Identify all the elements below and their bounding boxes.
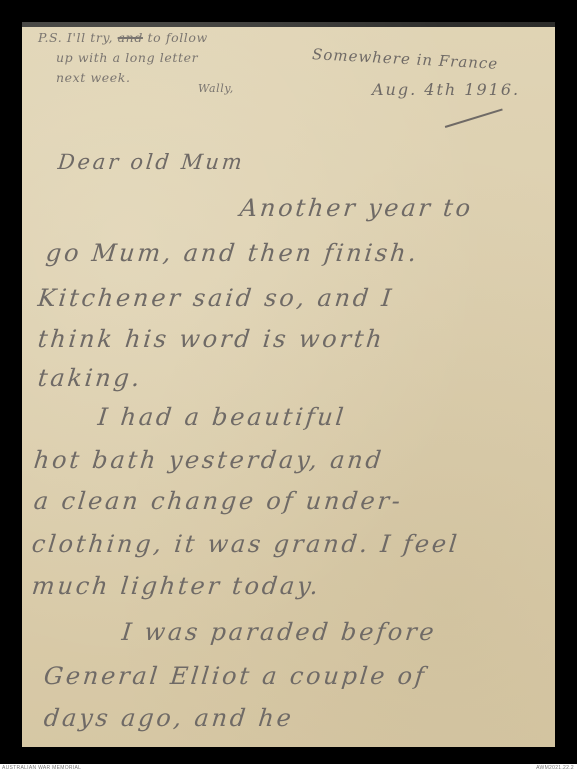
letter-line: General Elliot a couple of	[43, 662, 429, 690]
letter-page: P.S. I'll try, and to follow up with a l…	[22, 22, 555, 747]
footer-catalog-id: AWM2021.22.2	[536, 764, 574, 773]
postscript-line-3: next week.	[56, 70, 131, 85]
footer-institution: AUSTRALIAN WAR MEMORIAL	[2, 764, 81, 773]
letter-line: think his word is worth	[37, 325, 386, 353]
struck-word: and	[118, 30, 143, 45]
postscript-text: P.S. I'll try,	[38, 30, 113, 45]
postscript-signature: Wally,	[198, 82, 234, 95]
date-underline	[445, 108, 503, 127]
letter-line: clothing, it was grand. I feel	[31, 530, 461, 558]
letter-location: Somewhere in France	[312, 45, 499, 73]
letter-line: taking.	[37, 364, 144, 392]
letter-line: I had a beautiful	[97, 403, 348, 431]
letter-line: a clean change of under-	[33, 487, 405, 515]
letter-line: Kitchener said so, and I	[37, 284, 396, 312]
archive-footer: AUSTRALIAN WAR MEMORIAL AWM2021.22.2	[0, 764, 577, 773]
letter-line: hot bath yesterday, and	[33, 446, 386, 474]
letter-date: Aug. 4th 1916.	[372, 80, 520, 99]
letter-line: days ago, and he	[43, 704, 296, 732]
letter-line: much lighter today.	[31, 572, 323, 600]
postscript-line-1: P.S. I'll try, and to follow	[38, 30, 208, 45]
letter-line: Another year to	[239, 194, 475, 222]
letter-line: I was paraded before	[121, 618, 438, 646]
postscript-text: to follow	[148, 30, 208, 45]
salutation: Dear old Mum	[57, 150, 246, 174]
letter-line: go Mum, and then finish.	[45, 239, 421, 267]
postscript-line-2: up with a long letter	[56, 50, 198, 65]
